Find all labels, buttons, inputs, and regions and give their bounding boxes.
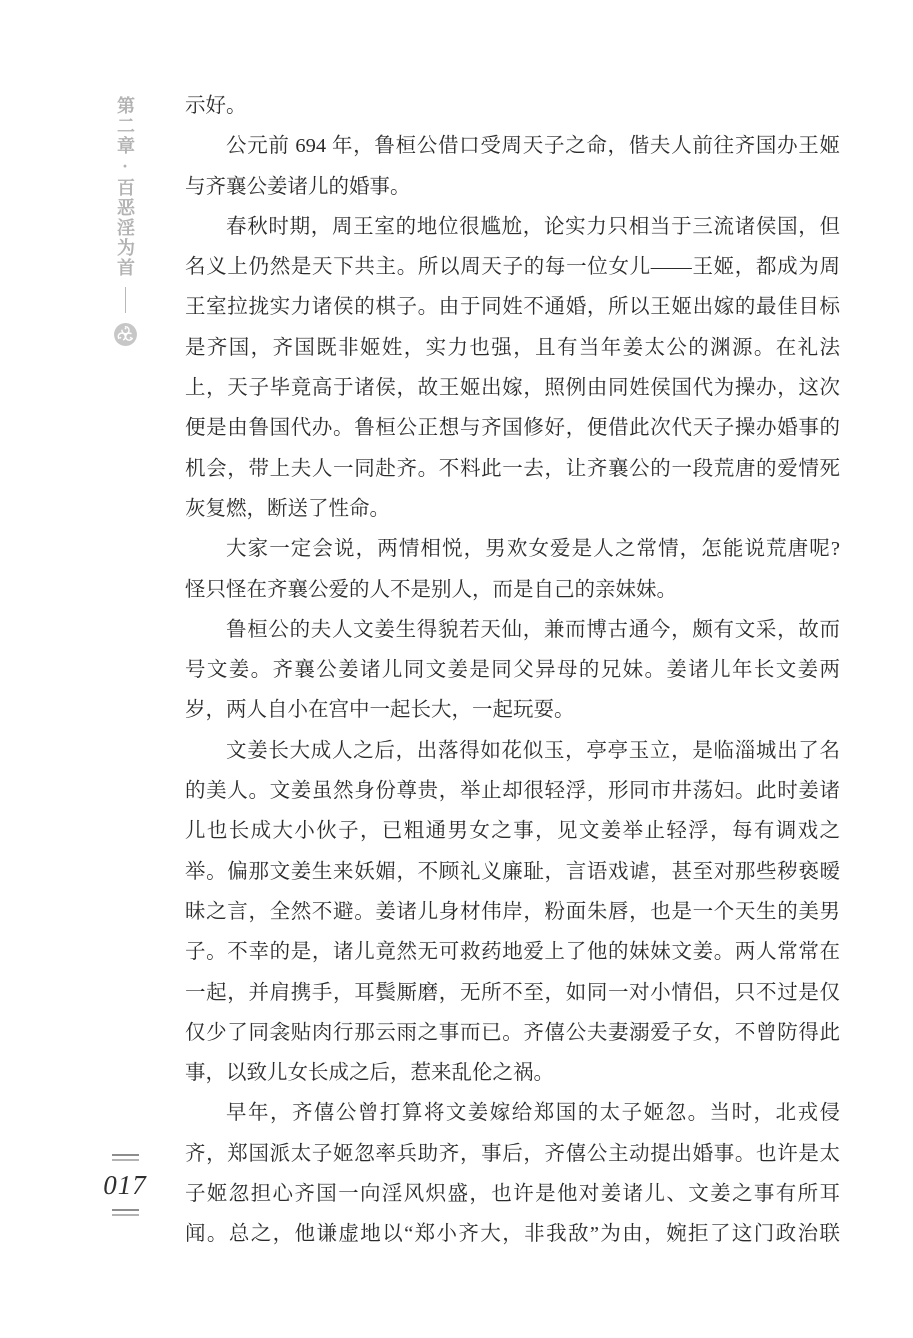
text-line: 与齐襄公姜诸儿的婚事。 <box>185 167 840 207</box>
text-line: 名义上仍然是天下共主。所以周天子的每一位女儿——王姬，都成为周 <box>185 247 840 287</box>
text-line: 是齐国，齐国既非姬姓，实力也强，且有当年姜太公的渊源。在礼法 <box>185 328 840 368</box>
text-line: 早年，齐僖公曾打算将文姜嫁给郑国的太子姬忽。当时，北戎侵 <box>185 1093 840 1133</box>
text-line: 春秋时期，周王室的地位很尴尬，论实力只相当于三流诸侯国，但 <box>185 207 840 247</box>
chapter-sidebar: 第二章·百恶淫为首 <box>108 96 142 347</box>
text-line: 儿也长成大小伙子，已粗通男女之事，见文姜举止轻浮，每有调戏之 <box>185 811 840 851</box>
page-number-rule-top <box>112 1154 139 1161</box>
book-page: 第二章·百恶淫为首 示好。公元前 694 年，鲁桓公借口受周天子之命，偕夫人前往… <box>0 0 913 1338</box>
text-line: 子。不幸的是，诸儿竟然无可救药地爱上了他的妹妹文姜。两人常常在 <box>185 932 840 972</box>
sidebar-dash <box>125 287 126 313</box>
text-line: 子姬忽担心齐国一向淫风炽盛，也许是他对姜诸儿、文姜之事有所耳 <box>185 1174 840 1214</box>
text-line: 大家一定会说，两情相悦，男欢女爱是人之常情，怎能说荒唐呢? <box>185 529 840 569</box>
text-line: 上，天子毕竟高于诸侯，故王姬出嫁，照例由同姓侯国代为操办，这次 <box>185 368 840 408</box>
text-line: 王室拉拢实力诸侯的棋子。由于同姓不通婚，所以王姬出嫁的最佳目标 <box>185 287 840 327</box>
body-text: 示好。公元前 694 年，鲁桓公借口受周天子之命，偕夫人前往齐国办王姬与齐襄公姜… <box>185 86 840 1255</box>
text-line: 机会，带上夫人一同赴齐。不料此一去，让齐襄公的一段荒唐的爱情死 <box>185 449 840 489</box>
text-line: 岁，两人自小在宫中一起长大，一起玩耍。 <box>185 690 840 730</box>
text-line: 举。偏那文姜生来妖媚，不顾礼义廉耻，言语戏谑，甚至对那些秽亵暧 <box>185 852 840 892</box>
text-line: 怪只怪在齐襄公爱的人不是别人，而是自己的亲妹妹。 <box>185 570 840 610</box>
text-line: 便是由鲁国代办。鲁桓公正想与齐国修好，便借此次代天子操办婚事的 <box>185 408 840 448</box>
text-line: 号文姜。齐襄公姜诸儿同文姜是同父异母的兄妹。姜诸儿年长文姜两 <box>185 650 840 690</box>
page-number-rule-bottom <box>112 1209 139 1216</box>
chapter-ornament-icon <box>113 322 138 347</box>
text-line: 昧之言，全然不避。姜诸儿身材伟岸，粉面朱唇，也是一个天生的美男 <box>185 892 840 932</box>
text-line: 鲁桓公的夫人文姜生得貌若天仙，兼而博古通今，颇有文采，故而 <box>185 610 840 650</box>
text-line: 灰复燃，断送了性命。 <box>185 489 840 529</box>
text-line: 事，以致儿女长成之后，惹来乱伦之祸。 <box>185 1053 840 1093</box>
text-line: 仅少了同衾贴肉行那云雨之事而已。齐僖公夫妻溺爱子女，不曾防得此 <box>185 1013 840 1053</box>
page-number: 017 <box>103 1172 147 1199</box>
text-line: 闻。总之，他谦虚地以“郑小齐大，非我敌”为由，婉拒了这门政治联 <box>185 1214 840 1254</box>
text-line: 文姜长大成人之后，出落得如花似玉，亭亭玉立，是临淄城出了名 <box>185 731 840 771</box>
text-line: 齐，郑国派太子姬忽率兵助齐，事后，齐僖公主动提出婚事。也许是太 <box>185 1134 840 1174</box>
text-line: 示好。 <box>185 86 840 126</box>
text-line: 一起，并肩携手，耳鬓厮磨，无所不至，如同一对小情侣，只不过是仅 <box>185 973 840 1013</box>
page-number-block: 017 <box>103 1154 147 1216</box>
text-line: 公元前 694 年，鲁桓公借口受周天子之命，偕夫人前往齐国办王姬 <box>185 126 840 166</box>
text-line: 的美人。文姜虽然身份尊贵，举止却很轻浮，形同市井荡妇。此时姜诸 <box>185 771 840 811</box>
chapter-title: 第二章·百恶淫为首 <box>116 96 134 278</box>
